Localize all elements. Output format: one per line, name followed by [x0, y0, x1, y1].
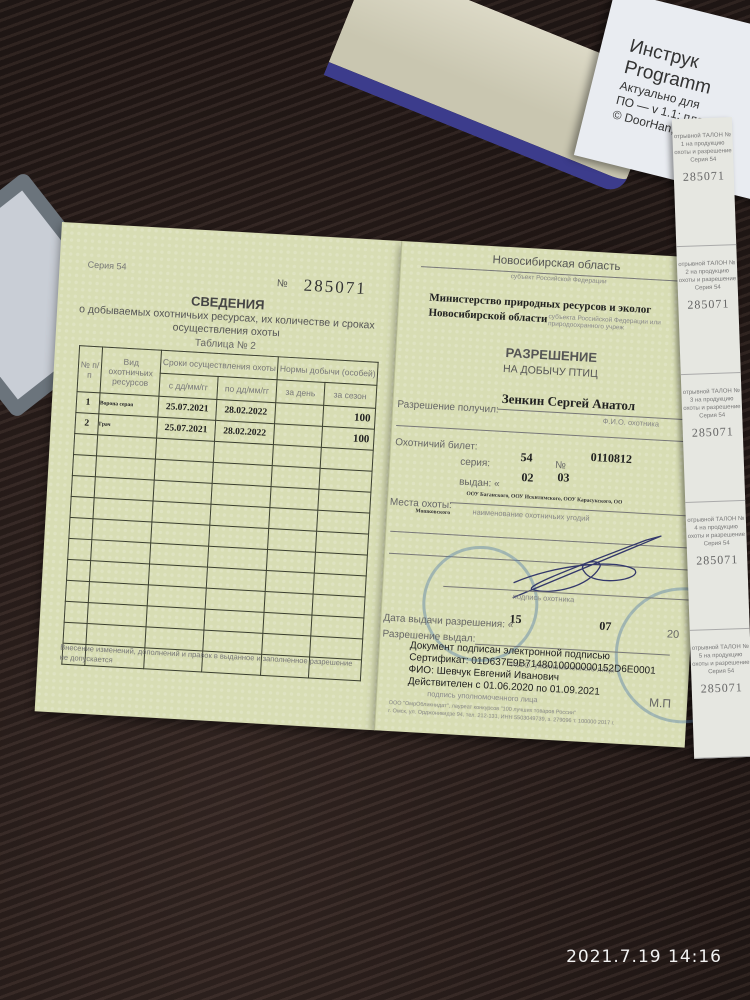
cell-per-season: 100 — [322, 405, 375, 429]
cell-per-day — [270, 487, 318, 511]
cell-per-season — [319, 468, 372, 492]
cell-per-day — [271, 466, 319, 490]
series-label: Серия 54 — [87, 260, 126, 272]
cell-num: 1 — [76, 392, 100, 414]
cell-num — [69, 517, 93, 539]
col-to: по дд/мм/гг — [217, 376, 278, 402]
cell-per-season — [314, 552, 367, 576]
cell-per-day — [264, 591, 312, 615]
coupon-title: отрывной ТАЛОН № 2 на продукцию охоты и … — [677, 259, 738, 285]
cell-per-day — [268, 529, 316, 553]
issue-month: 07 — [599, 619, 612, 635]
coupon-title: отрывной ТАЛОН № 5 на продукцию охоты и … — [690, 643, 750, 669]
coupon-title: отрывной ТАЛОН № 3 на продукцию охоты и … — [681, 387, 742, 413]
coupon[interactable]: отрывной ТАЛОН № 4 на продукцию охоты и … — [685, 501, 749, 631]
issued-month: 03 — [557, 470, 570, 486]
hunting-permit-document: Серия 54 № 285071 СВЕДЕНИЯ о добываемых … — [35, 222, 711, 748]
coupon-number: 285071 — [674, 171, 734, 181]
ticket-series: 54 — [520, 450, 533, 466]
cell-num — [63, 622, 87, 644]
cell-per-season — [318, 489, 371, 513]
photo-timestamp: 2021.7.19 14:16 — [566, 947, 722, 967]
series-label: серия: — [460, 457, 490, 470]
cell-num — [72, 455, 96, 477]
cell-num — [65, 580, 89, 602]
cell-per-day — [269, 508, 317, 532]
document-number: 285071 — [303, 276, 367, 299]
printer-imprint: ООО "ОмрОбликнидат", лауреат конкурсов "… — [388, 699, 615, 728]
cell-per-season — [310, 615, 363, 639]
cell-num — [64, 601, 88, 623]
cell-per-season — [312, 594, 365, 618]
coupon[interactable]: отрывной ТАЛОН № 3 на продукцию охоты и … — [681, 373, 745, 503]
hunting-grounds-cont: Мошковского — [415, 508, 450, 516]
coupon-number: 285071 — [678, 299, 738, 309]
coupon-title: отрывной ТАЛОН № 4 на продукцию охоты и … — [686, 515, 747, 541]
cell-num — [70, 496, 94, 518]
coupon-number: 285071 — [687, 555, 747, 565]
hunter-name-caption: Ф.И.О. охотника — [602, 417, 659, 429]
issued-day: 02 — [521, 470, 534, 486]
col-from: с дд/мм/гг — [159, 373, 218, 399]
col-per-day: за день — [276, 380, 325, 406]
cell-num: 2 — [75, 413, 99, 435]
hunting-norms-table: № п/п Вид охотничьих ресурсов Сроки осущ… — [61, 345, 378, 681]
cell-per-day — [275, 403, 323, 427]
issued-label: выдан: « — [459, 477, 500, 490]
coupon[interactable]: отрывной ТАЛОН № 1 на продукцию охоты и … — [672, 117, 736, 247]
col-per-season: за сезон — [323, 382, 376, 408]
cell-per-day — [267, 550, 315, 574]
coupon-title: отрывной ТАЛОН № 1 на продукцию охоты и … — [672, 131, 733, 157]
col-kind: Вид охотничьих ресурсов — [100, 347, 161, 396]
col-num: № п/п — [77, 346, 103, 393]
left-page: Серия 54 № 285071 СВЕДЕНИЯ о добываемых … — [35, 222, 402, 730]
right-page: Новосибирская область субъект Российской… — [374, 241, 712, 748]
cell-per-day — [274, 424, 322, 448]
ticket-number: 0110812 — [590, 450, 632, 467]
cell-num — [71, 475, 95, 497]
coupon[interactable]: отрывной ТАЛОН № 2 на продукцию охоты и … — [676, 245, 740, 375]
issue-year: 20 — [667, 628, 680, 641]
cell-num — [68, 538, 92, 560]
cell-per-season — [313, 573, 366, 597]
cell-per-day — [266, 570, 314, 594]
received-label: Разрешение получил: — [397, 399, 499, 416]
ticket-label: Охотничий билет: — [395, 437, 478, 453]
cell-per-season — [315, 531, 368, 555]
cell-per-season — [316, 510, 369, 534]
cell-per-day — [263, 612, 311, 636]
coupon-number: 285071 — [692, 683, 750, 693]
cell-per-season — [320, 447, 373, 471]
coupon-number: 285071 — [683, 427, 743, 437]
cell-per-day — [273, 445, 321, 469]
stamp-mark: М.П — [649, 696, 672, 711]
number-label: № — [277, 278, 288, 290]
coupon[interactable]: отрывной ТАЛОН № 5 на продукцию охоты и … — [690, 629, 750, 759]
cell-num — [67, 559, 91, 581]
issue-day: 15 — [509, 612, 522, 628]
cell-per-season: 100 — [321, 426, 374, 450]
cell-num — [74, 434, 98, 456]
